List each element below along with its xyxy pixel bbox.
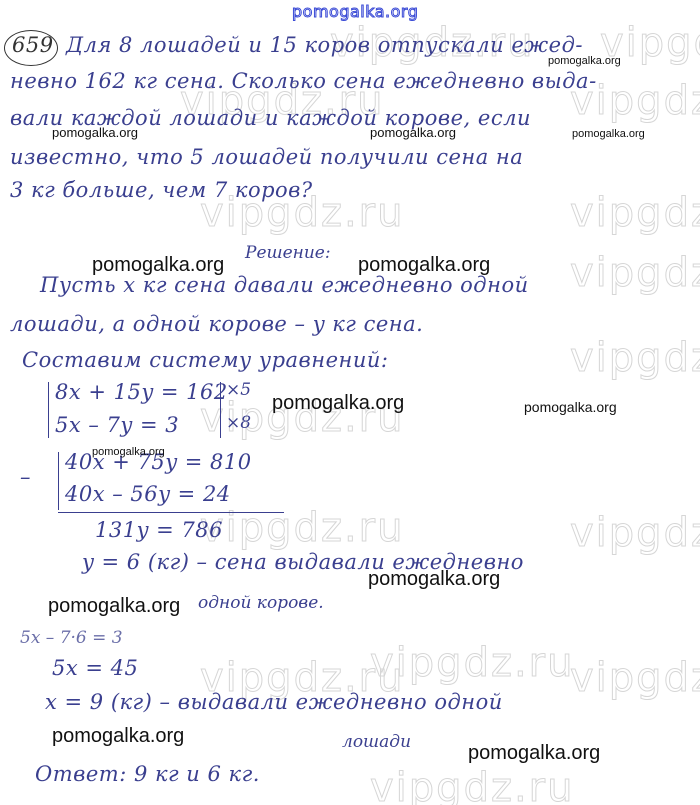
multiplier: ×5 [226,380,251,400]
equation: 8x + 15y = 162 [55,380,228,404]
problem-line: 3 кг больше, чем 7 коров? [10,178,313,202]
problem-line: Для 8 лошадей и 15 коров отпускали ежед- [66,33,583,57]
x-result-line: x = 9 (кг) – выдавали ежедневно одной [45,690,503,714]
homework-page: vipgdz.ru vipgdz.ru vipgdz.ru vipgdz.ru … [0,0,700,805]
overlay-watermark: pomogalka.org [468,742,600,765]
subtraction-line [58,512,284,513]
overlay-watermark: pomogalka.org [52,725,184,748]
equation: 5x – 7y = 3 [55,413,179,437]
background-watermark: vipgdz.ru [570,250,700,296]
equation: 131y = 786 [95,518,223,542]
x-result-line: лошади [342,732,411,752]
problem-line: известно, что 5 лошадей получили сена на [10,145,523,169]
overlay-watermark: pomogalka.org [548,55,621,67]
background-watermark: vipgdz.ru [570,335,700,381]
overlay-watermark: pomogalka.org [92,254,224,277]
overlay-watermark: pomogalka.org [368,568,500,591]
overlay-watermark: pomogalka.org [370,125,456,140]
minus-sign: – [20,465,31,489]
overlay-watermark: pomogalka.org [524,399,617,415]
overlay-watermark: pomogalka.org [272,392,404,415]
background-watermark: vipgdz.ru [570,655,700,701]
equation: 5x = 45 [52,656,138,680]
multiplier: ×8 [226,413,251,433]
problem-number: 659 [12,33,54,57]
substitution: 5x – 7·6 = 3 [20,628,123,648]
top-watermark: pomogalka.org [292,2,418,21]
overlay-watermark: pomogalka.org [92,446,165,458]
background-watermark: vipgdz.ru [570,510,700,556]
overlay-watermark: pomogalka.org [572,128,645,140]
multiplier-bar [220,382,221,438]
overlay-watermark: pomogalka.org [52,125,138,140]
background-watermark: vipgdz.ru [570,190,700,236]
solution-intro-line: лошади, а одной корове – y кг сена. [10,312,423,336]
overlay-watermark: pomogalka.org [48,595,180,618]
solution-intro-line: Составим систему уравнений: [22,348,388,372]
solution-heading: Решение: [245,243,331,263]
overlay-watermark: pomogalka.org [358,254,490,277]
background-watermark: vipgdz.ru [370,765,574,805]
y-result-line: одной корове. [198,593,324,613]
equation: 40x – 56y = 24 [65,482,231,506]
system-brace [48,382,49,438]
problem-line: невно 162 кг сена. Сколько сена ежедневн… [10,69,597,93]
answer: Ответ: 9 кг и 6 кг. [35,762,260,786]
system-brace [58,452,59,510]
